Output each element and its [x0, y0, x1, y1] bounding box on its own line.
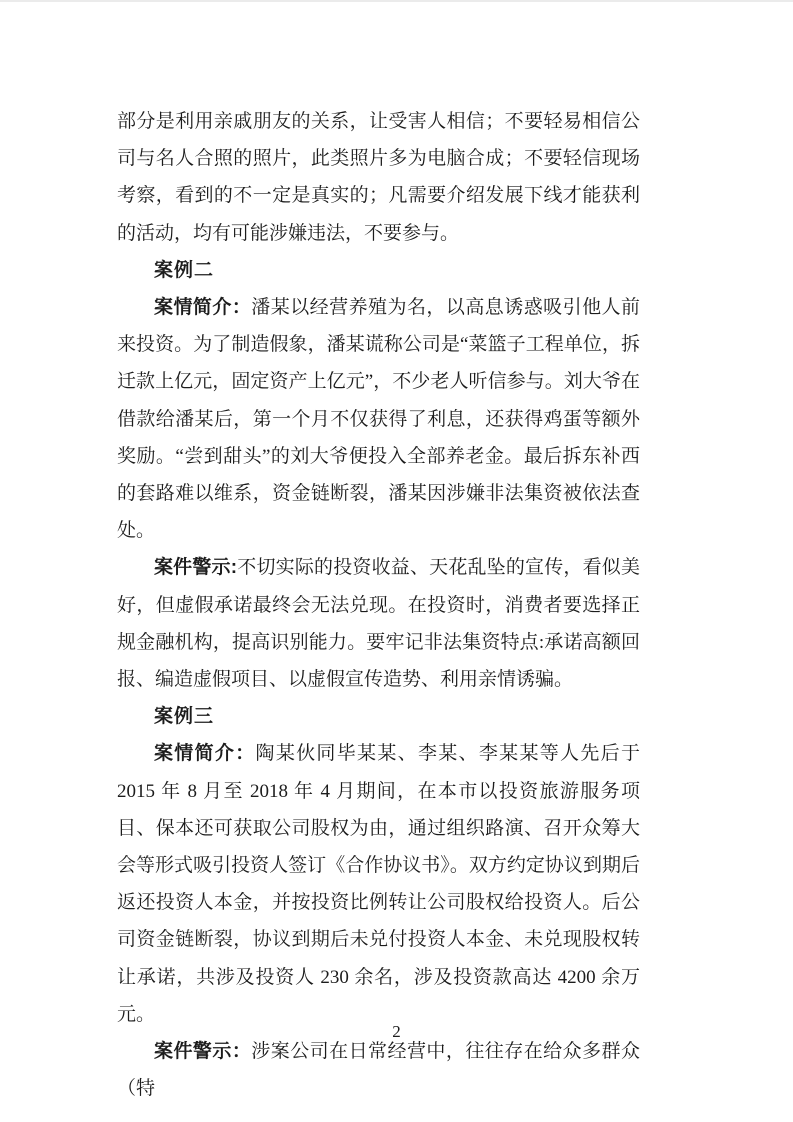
document-page: 部分是利用亲戚朋友的关系，让受害人相信；不要轻易相信公司与名人合照的照片，此类照…	[0, 0, 793, 1122]
document-text-block: 部分是利用亲戚朋友的关系，让受害人相信；不要轻易相信公司与名人合照的照片，此类照…	[117, 103, 640, 1107]
case-2-heading: 案例二	[117, 252, 640, 289]
case-2-warning-label: 案件警示:	[154, 557, 237, 578]
case-3-intro-text: 陶某伙同毕某某、李某、李某某等人先后于 2015 年 8 月至 2018 年 4…	[117, 743, 640, 1024]
paragraph-warning-continuation: 部分是利用亲戚朋友的关系，让受害人相信；不要轻易相信公司与名人合照的照片，此类照…	[117, 103, 640, 252]
case-3-warning-paragraph: 案件警示：涉案公司在日常经营中，往往存在给众多群众（特	[117, 1033, 640, 1107]
case-3-intro-label: 案情简介：	[154, 743, 256, 764]
case-2-intro-label: 案情简介：	[154, 297, 251, 318]
page-number: 2	[0, 1021, 793, 1043]
case-2-intro-paragraph: 案情简介：潘某以经营养殖为名，以高息诱惑吸引他人前来投资。为了制造假象，潘某谎称…	[117, 289, 640, 549]
page-top-edge	[0, 0, 793, 2]
case-2-warning-paragraph: 案件警示:不切实际的投资收益、天花乱坠的宣传，看似美好，但虚假承诺最终会无法兑现…	[117, 549, 640, 698]
case-3-intro-paragraph: 案情简介：陶某伙同毕某某、李某、李某某等人先后于 2015 年 8 月至 201…	[117, 735, 640, 1033]
case-3-heading: 案例三	[117, 698, 640, 735]
case-2-intro-text: 潘某以经营养殖为名，以高息诱惑吸引他人前来投资。为了制造假象，潘某谎称公司是“菜…	[117, 297, 640, 541]
case-3-warning-label: 案件警示：	[154, 1041, 251, 1062]
